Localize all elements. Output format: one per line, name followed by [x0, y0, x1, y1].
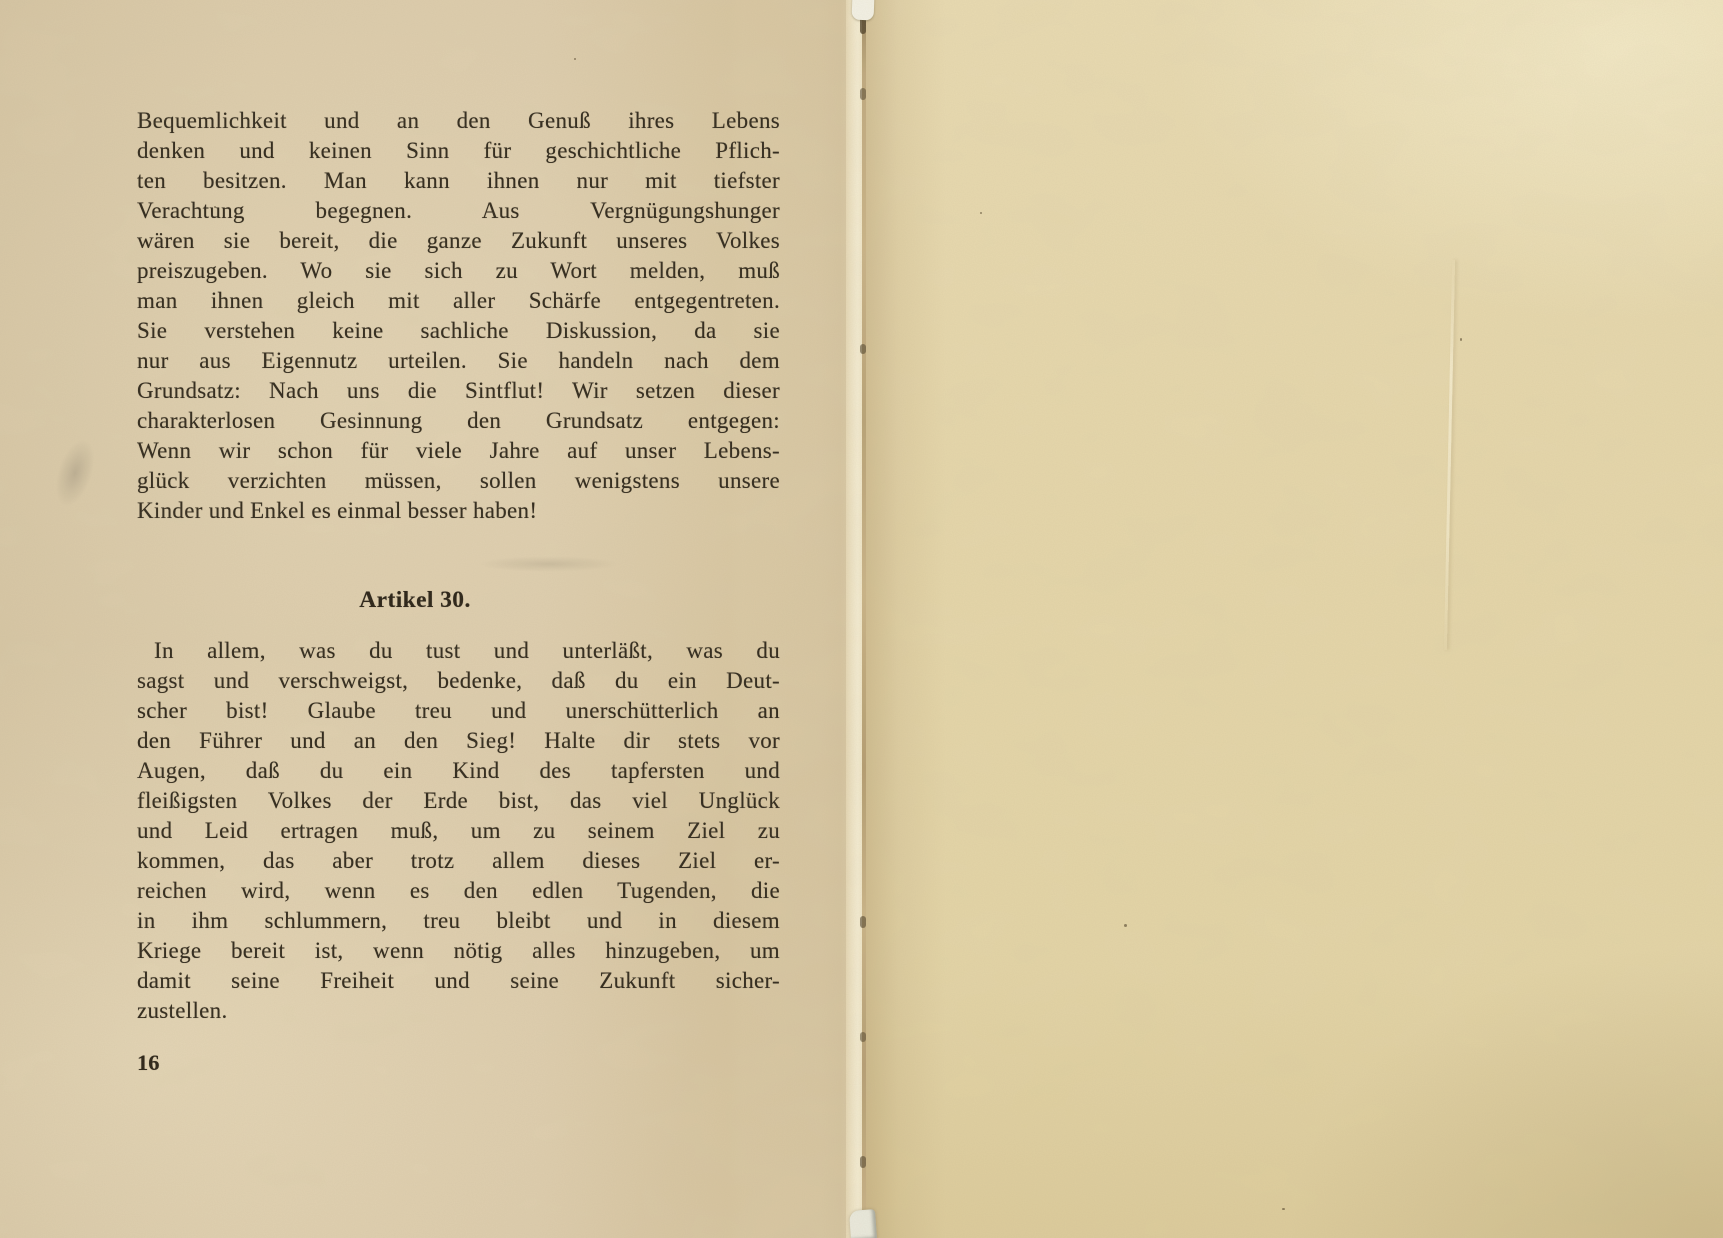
text-line: man ihnen gleich mit aller Schärfe entge…: [137, 286, 780, 316]
page-number: 16: [137, 1048, 160, 1078]
stitch-hole: [860, 88, 866, 100]
text-line: nur aus Eigennutz urteilen. Sie handeln …: [137, 346, 780, 376]
text-line: Bequemlichkeit und an den Genuß ihres Le…: [137, 106, 780, 136]
text-line: in ihm schlummern, treu bleibt und in di…: [137, 906, 780, 936]
text-line: glück verzichten müssen, sollen wenigste…: [137, 466, 780, 496]
fold-bottom-thread: [849, 1209, 877, 1238]
text-line: fleißigsten Volkes der Erde bist, das vi…: [137, 786, 780, 816]
pencil-smudge: [478, 556, 618, 572]
stitch-hole: [860, 1156, 866, 1168]
right-page: [866, 0, 1723, 1238]
text-line: den Führer und an den Sieg! Halte dir st…: [137, 726, 780, 756]
text-line: Kriege bereit ist, wenn nötig alles hinz…: [137, 936, 780, 966]
text-line: kommen, das aber trotz allem dieses Ziel…: [137, 846, 780, 876]
paper-speck: [574, 58, 576, 60]
text-line: Augen, daß du ein Kind des tapfersten un…: [137, 756, 780, 786]
paragraph-2: In allem, was du tust und unterläßt, was…: [137, 636, 780, 1026]
text-line: ten besitzen. Man kann ihnen nur mit tie…: [137, 166, 780, 196]
paper-speck: [1460, 338, 1462, 341]
stitch-hole: [860, 916, 866, 928]
text-line: Sie verstehen keine sachliche Diskussion…: [137, 316, 780, 346]
text-line: damit seine Freiheit und seine Zukunft s…: [137, 966, 780, 996]
paper-speck: [1124, 924, 1127, 927]
article-heading: Artikel 30.: [137, 584, 693, 616]
text-line: sagst und verschweigst, bedenke, daß du …: [137, 666, 780, 696]
text-line: Wenn wir schon für viele Jahre auf unser…: [137, 436, 780, 466]
text-line: Kinder und Enkel es einmal besser haben!: [137, 496, 780, 526]
text-line: preiszugeben. Wo sie sich zu Wort melden…: [137, 256, 780, 286]
book-spread-scan: Bequemlichkeit und an den Genuß ihres Le…: [0, 0, 1723, 1238]
text-line: und Leid ertragen muß, um zu seinem Ziel…: [137, 816, 780, 846]
text-line: reichen wird, wenn es den edlen Tugenden…: [137, 876, 780, 906]
text-line: charakterlosen Gesinnung den Grundsatz e…: [137, 406, 780, 436]
fold-top-paper-sliver: [852, 0, 875, 20]
text-line: Verachtung begegnen. Aus Vergnügungshung…: [137, 196, 780, 226]
text-line: wären sie bereit, die ganze Zukunft unse…: [137, 226, 780, 256]
text-line: Grundsatz: Nach uns die Sintflut! Wir se…: [137, 376, 780, 406]
text-line: denken und keinen Sinn für geschichtlich…: [137, 136, 780, 166]
stitch-hole: [860, 1032, 866, 1042]
paper-speck: [1282, 1208, 1285, 1210]
text-line: zustellen.: [137, 996, 780, 1026]
paper-speck: [980, 212, 982, 214]
gutter-shadow-right: [866, 0, 946, 1238]
paragraph-1: Bequemlichkeit und an den Genuß ihres Le…: [137, 106, 780, 526]
text-line: In allem, was du tust und unterläßt, was…: [137, 636, 780, 666]
stitch-hole: [860, 344, 866, 354]
fold-highlight: [846, 0, 863, 1238]
text-line: scher bist! Glaube treu und unerschütter…: [137, 696, 780, 726]
